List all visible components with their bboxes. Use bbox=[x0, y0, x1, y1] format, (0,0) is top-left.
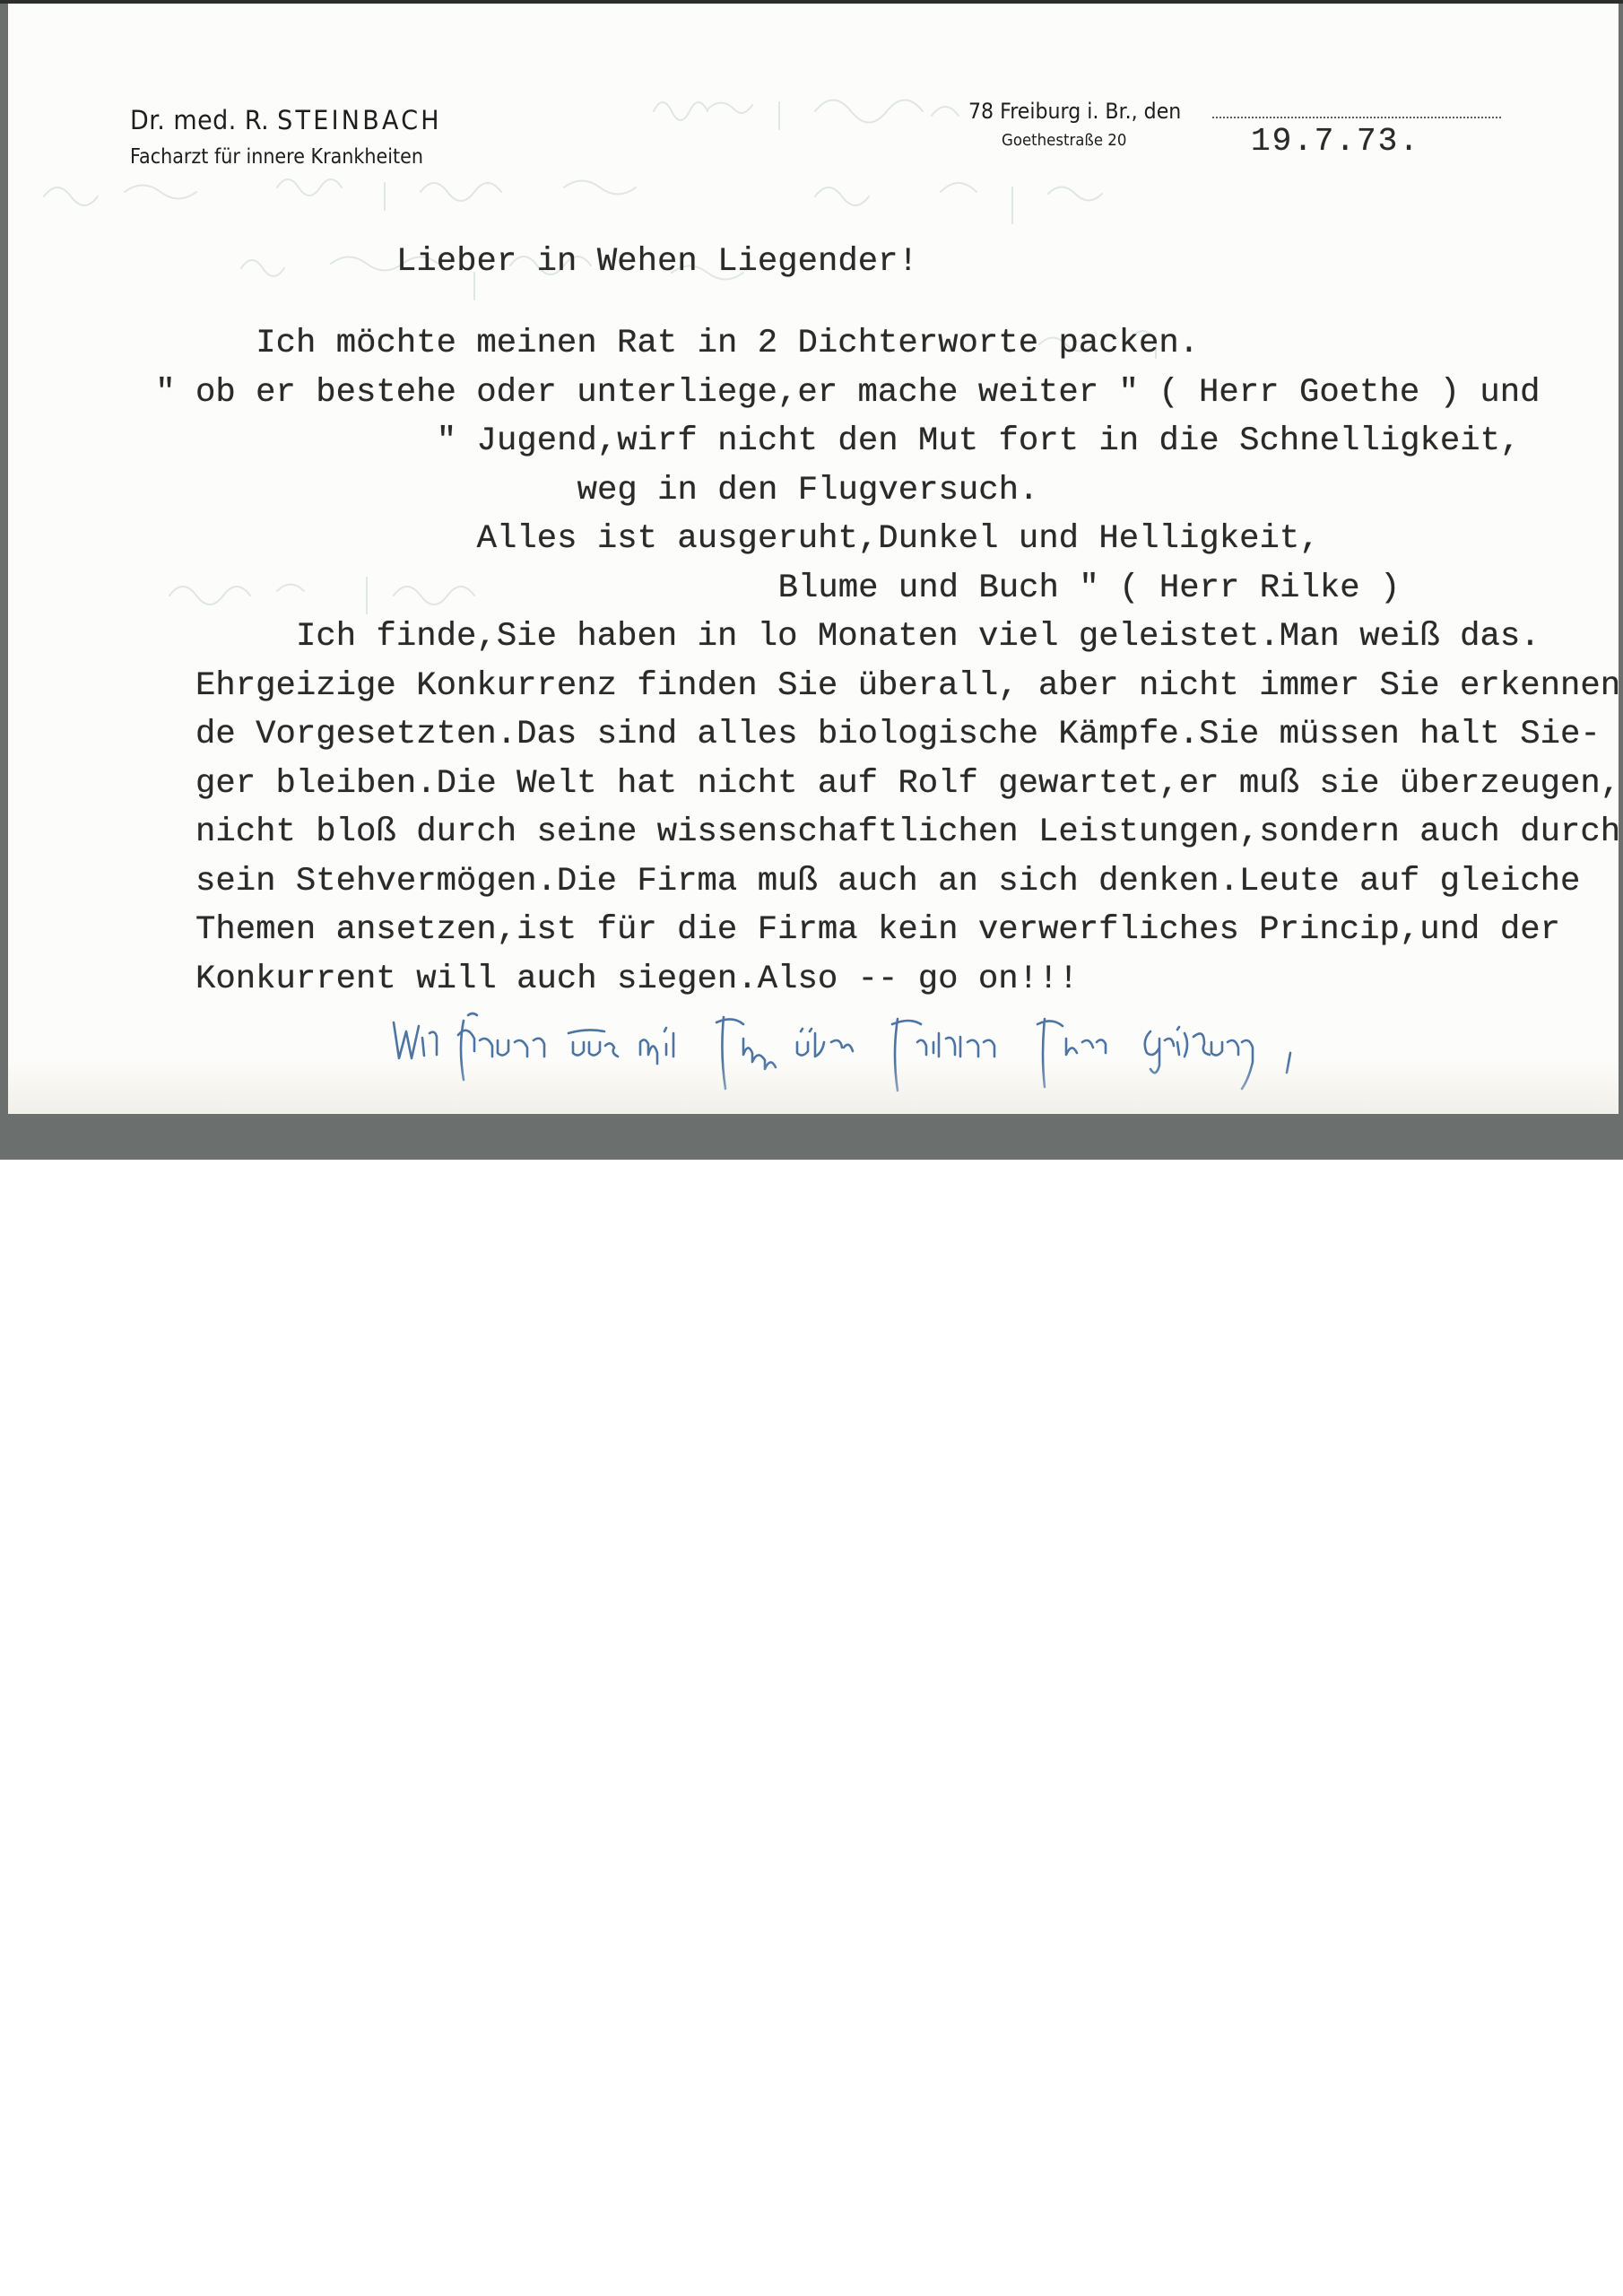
surname: STEINBACH bbox=[277, 105, 442, 135]
letter-page: Dr. med. R. STEINBACH Facharzt für inner… bbox=[8, 4, 1619, 1114]
letter-line: Alles ist ausgeruht,Dunkel und Helligkei… bbox=[477, 523, 1320, 556]
letter-line: " ob er bestehe oder unterliege,er mache… bbox=[155, 377, 1540, 410]
letter-line: weg in den Flugversuch. bbox=[577, 474, 1039, 508]
handwritten-note-text: Wir freuen uns mit Ihnen über Fortschrit… bbox=[385, 1006, 386, 1007]
date-dotted-line bbox=[1212, 117, 1501, 118]
letter-line: Blume und Buch " ( Herr Rilke ) bbox=[778, 572, 1401, 605]
letter-line: de Vorgesetzten.Das sind alles biologisc… bbox=[195, 718, 1601, 752]
handwritten-note: Wir freuen uns mit Ihnen über Fortschrit… bbox=[385, 1006, 1619, 1096]
letter-line: Konkurrent will auch siegen.Also -- go o… bbox=[195, 963, 1079, 996]
letter-line: sein Stehvermögen.Die Firma muß auch an … bbox=[195, 865, 1580, 899]
letter-line: " Jugend,wirf nicht den Mut fort in die … bbox=[437, 425, 1521, 458]
doctor-name: Dr. med. R. STEINBACH bbox=[130, 105, 442, 135]
letter-date: 19.7.73. bbox=[1251, 126, 1420, 158]
letter-line: Ich möchte meinen Rat in 2 Dichterworte … bbox=[256, 327, 1199, 361]
salutation: Lieber in Wehen Liegender! bbox=[396, 246, 918, 279]
letter-line: Ich finde,Sie haben in lo Monaten viel g… bbox=[296, 621, 1541, 654]
name-prefix: Dr. med. R. bbox=[130, 105, 277, 135]
doctor-specialty: Facharzt für innere Krankheiten bbox=[130, 145, 423, 169]
handwriting-strokes bbox=[385, 1006, 1619, 1096]
city-line: 78 Freiburg i. Br., den bbox=[968, 99, 1181, 124]
letter-line: Themen ansetzen,ist für die Firma kein v… bbox=[195, 914, 1560, 947]
street-address: Goethestraße 20 bbox=[1002, 131, 1126, 150]
letter-line: ger bleiben.Die Welt hat nicht auf Rolf … bbox=[195, 768, 1619, 801]
letter-line: nicht bloß durch seine wissenschaftliche… bbox=[195, 816, 1619, 849]
letter-line: Ehrgeizige Konkurrenz finden Sie überall… bbox=[195, 670, 1619, 703]
